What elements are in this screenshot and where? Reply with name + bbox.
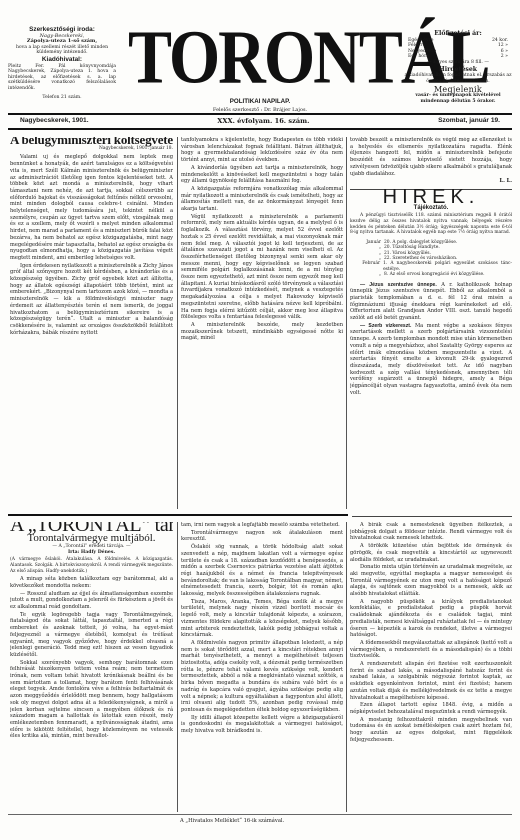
appears-text: vasár- és ünnepnapok kivételével mindenn… — [404, 93, 512, 104]
masthead-title-block: TORONTÁL POLITIKAI NAPILAP. Felelős szer… — [128, 24, 392, 113]
feuilleton-paragraph: A törökök kiüzetése után bejöttek ide ör… — [350, 543, 512, 563]
divider — [352, 516, 512, 517]
feuilleton-column-2: tam, irni nem vagyok a legfajtább mesélő… — [181, 522, 343, 812]
main-article-column-2: tanfolyamokra s kijelentette, hogy Budap… — [181, 137, 343, 509]
masthead-right-info: Előfizetési ár: Egész évre24 kor. Félévr… — [404, 30, 512, 104]
price-value: 2 » — [501, 54, 508, 60]
masthead-left-info: Szerkesztőségi iroda: Nagy-Becskereki, Z… — [8, 26, 116, 100]
info-text: A pénzügyi tisztviselők 118. számú minis… — [350, 213, 512, 235]
divider — [8, 113, 512, 115]
feuilleton-paragraph: Donatio mixta utján történvén az uradalm… — [350, 564, 512, 598]
news-column: tovább beszélt a miniszterelnök és végül… — [350, 137, 512, 509]
feuilleton-paragraph: A minap séta közben találkoztam egy bará… — [10, 576, 173, 589]
article-paragraph: Valami uj és meglepő dolgokkal nem lepte… — [10, 154, 173, 261]
feuilleton-paragraph: A nagyobb püspökök a királyok predialist… — [350, 599, 512, 639]
feuilleton-paragraph: A birák csak a nemesteknek ügyeiben itél… — [350, 522, 512, 542]
dateline-bar: Nagybecskerek, 1901. XXX. évfolyam. 16. … — [8, 117, 512, 125]
divider — [8, 814, 512, 815]
publisher-heading: Kiadóhivatal: — [8, 57, 116, 63]
news-item: — Szerb vízkereszt. Ma ment végbe a szok… — [350, 323, 512, 397]
feuilleton-author: Irta: Hadfy Dénes. — [10, 550, 173, 556]
news-item-text: Ma ment végbe a szokásos fényes szertart… — [350, 323, 512, 396]
feuilleton-paragraph: Torontálvármegye nagyon sok átalakuláson… — [181, 530, 343, 543]
feuilleton-summary: (A vármegye őslakói. Átalakulása. A föld… — [10, 557, 173, 574]
feuilleton-paragraph: Őslakói sög vannak, a török hódoltság al… — [181, 544, 343, 598]
article-paragraph: A kivándorlás ügyében azt tartja a minis… — [181, 165, 343, 185]
feuilleton-paragraph: A földmivelés nagyon primitiv állapotban… — [181, 640, 343, 714]
ads-text: a kiadóhivatalban fogadtatnak el. Árszab… — [404, 73, 512, 84]
feuilleton-paragraph: A fődemesekből megválasztattak az alispá… — [350, 640, 512, 660]
feuilleton-paragraph: Sokkal szerényebb vagyok, semhogy baráto… — [10, 660, 173, 740]
ads-heading: Hirdetések — [404, 67, 512, 73]
issue-date: Szombat, január 19. — [438, 117, 500, 125]
news-item-text: A r. katholikusok holnap ünneplik Jézus … — [350, 282, 512, 322]
article-paragraph: tovább beszélt a miniszterelnök és végül… — [350, 137, 512, 177]
column-divider — [346, 522, 347, 812]
article-headline: A belügyminiszteri költségvetés. — [10, 137, 173, 144]
price-label: Egy hóra — [408, 54, 429, 60]
office-note: hova a lap szellemi részét illető minden… — [8, 45, 116, 56]
feuilleton-column-1: A „TORONTÁL“ tárcája. Torontalvármegye m… — [10, 522, 173, 818]
column-divider — [177, 137, 178, 509]
feuilleton-paragraph: Tisza, Maros, Aranka, Temes, Béga szelik… — [181, 599, 343, 639]
news-section-heading: HIREK. — [350, 194, 512, 201]
article-paragraph: A miniszterelnök beszéde, mely kezdetben… — [181, 322, 343, 342]
feuilleton-paragraph: A mostanig felhozottakról minden megyebe… — [350, 717, 512, 744]
info-heading: Tájékoztató. — [350, 205, 512, 212]
feuilleton-column-3: A birák csak a nemesteknek ügyeiben itél… — [350, 522, 512, 812]
subscription-heading: Előfizetési ár: — [404, 31, 512, 37]
article-paragraph: Igen érdekesen nyilatkozott a minisztere… — [10, 263, 173, 337]
news-item-headline: — Szerb vízkereszt. — [360, 323, 411, 329]
feuilleton-paragraph: Ily idilli állapot közepette kellett vég… — [181, 715, 343, 735]
news-item: — Jézus szentszive ünnepe. A r. katholik… — [350, 282, 512, 322]
single-copy-price: — Egyes szám ára 8 fill. — — [404, 60, 512, 66]
divider — [8, 514, 348, 516]
feuilleton-title: Torontalvármegye multjából. — [10, 535, 173, 542]
column-divider — [177, 522, 178, 812]
feuilleton-paragraph: tam, irni nem vagyok a legfajtább mesélő… — [181, 522, 343, 529]
place-year: Nagybecskerek, 1901. — [20, 117, 89, 125]
column-divider — [346, 137, 347, 509]
article-paragraph: A közigazgatás reformjára vonatkozólag m… — [181, 186, 343, 213]
feuilleton-paragraph: A rendszeretett alispán évi fizetése vol… — [350, 661, 512, 701]
article-paragraph: tanfolyamokra s kijelentette, hogy Budap… — [181, 137, 343, 164]
office-heading: Szerkesztőségi iroda: — [8, 27, 116, 33]
feuilleton-heading: A „TORONTÁL“ tárcája. — [10, 522, 173, 529]
newspaper-title: TORONTÁL — [128, 24, 392, 93]
publisher-text: Pleitz Fer. Pál könyvnyomdája Nagybecske… — [8, 64, 116, 92]
feuilleton-paragraph: Ezen állapot tartott egész 1848. évig, a… — [350, 702, 512, 715]
main-article-column-1: A belügyminiszteri költségvetés. Nagybec… — [10, 137, 173, 509]
news-item-headline: — Jézus szentszive ünnepe. — [360, 282, 437, 288]
feuilleton-paragraph: — Rosszul aludtam az éjjel és álmatlansá… — [10, 591, 173, 611]
feuilleton-paragraph: Te egyik legöregebb tagja vagy Torontálm… — [10, 612, 173, 659]
divider — [8, 128, 512, 130]
phone-number: Telefon 21 szám. — [8, 95, 116, 101]
calendar-entry: Február1. A nagybecskereki polgári egyes… — [350, 261, 512, 272]
article-paragraph: Végül nyilatkozott a miniszterelnök a pa… — [181, 214, 343, 321]
supplement-note: A „Hivatalos Melléklet“ 16-ik számával. — [180, 818, 284, 824]
article-signature: L. L. — [350, 178, 512, 185]
volume-number: XXX. évfolyam. 16. szám. — [217, 117, 309, 125]
